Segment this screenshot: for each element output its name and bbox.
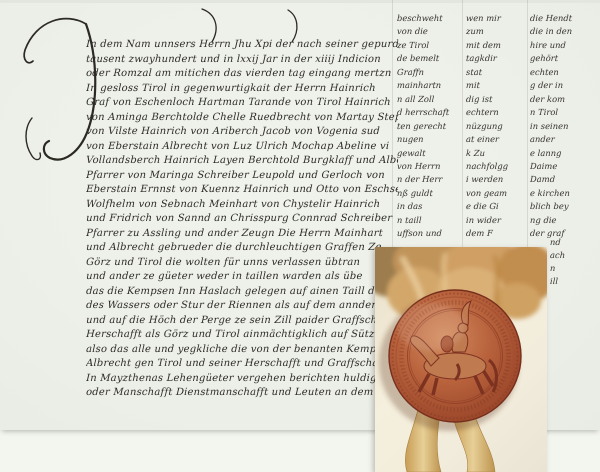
fragment-line: n: [550, 262, 596, 275]
fragment-line: ill: [550, 275, 596, 288]
column-line: von geam: [466, 187, 524, 200]
manuscript-line: von Aminga Berchtolde Chelle Ruedbrecht …: [86, 111, 399, 126]
column-line: die in den: [530, 25, 594, 38]
manuscript-line: und ander ze güeter weder in taillen war…: [86, 270, 399, 285]
manuscript-line: Görz und Tirol die wolten für unns verla…: [86, 256, 399, 271]
column-line: dem F: [466, 227, 524, 240]
manuscript-line: In Mayzthenas Lehengüeter vergehen beric…: [86, 372, 399, 387]
main-text-block: In dem Nam unnsers Herrn Jhu Xpi der nac…: [86, 38, 398, 401]
column-line: n all Zoll: [397, 93, 461, 106]
column-line: von Herrn: [397, 160, 461, 173]
column-line: gehört: [530, 52, 594, 65]
text-column-a: beschwehtvon dieze Tirolde bemeltGraffnm…: [397, 12, 461, 241]
column-line: k Zu: [466, 147, 524, 160]
column-line: e kirchen: [530, 187, 594, 200]
column-line: i werden: [466, 173, 524, 186]
column-line: ze Tirol: [397, 39, 461, 52]
column-line: ten gerecht: [397, 120, 461, 133]
manuscript-line: Herschafft als Görz und Tirol ainmächtig…: [86, 328, 399, 343]
manuscript-line: von Eberstain Albrecht von Luz Ulrich Mo…: [86, 140, 399, 155]
fragment-line: ach: [550, 249, 596, 262]
column-line: e lanng: [530, 147, 594, 160]
manuscript-line: des Wassers oder Stur der Riennen als au…: [86, 299, 399, 314]
manuscript-line: Eberstain Ernnst von Kuennz Hainrich und…: [86, 183, 399, 198]
column-line: beschweht: [397, 12, 461, 25]
manuscript-line: also das alle und yegkliche die von der …: [86, 343, 399, 358]
manuscript-line: Pfarrer von Maringa Schreiber Leupold un…: [86, 169, 399, 184]
manuscript-line: und Fridrich von Sannd an Chrisspurg Con…: [86, 212, 399, 227]
column-line: Daime: [530, 160, 594, 173]
manuscript-line: und auf die Höch der Perge ze sein Zill …: [86, 314, 399, 329]
column-line: zum: [466, 25, 524, 38]
column-line: e die Gi: [466, 200, 524, 213]
manuscript-line: tausent zwayhundert und in lxxij Jar in …: [86, 53, 399, 68]
column-line: in das: [397, 200, 461, 213]
column-line: ng die: [530, 214, 594, 227]
column-line: in seinen: [530, 120, 594, 133]
manuscript-line: von Vilste Hainrich von Ariberch Jacob v…: [86, 125, 399, 140]
column-line: echtern: [466, 106, 524, 119]
column-line: in wider: [466, 214, 524, 227]
column-line: tagkdir: [466, 52, 524, 65]
column-line: uffson und: [397, 227, 461, 240]
manuscript-line: Pfarrer zu Assling und ander Zeugn Die H…: [86, 227, 399, 242]
column-line: de bemelt: [397, 52, 461, 65]
column-line: ander: [530, 133, 594, 146]
column-line: d herrschaft: [397, 106, 461, 119]
seal-photo-inset: [375, 247, 547, 472]
column-line: dig ist: [466, 93, 524, 106]
manuscript-line: oder Romzal am mitichen das vierden tag …: [86, 67, 399, 82]
manuscript-line: Vollandsberch Hainrich Layen Berchtold B…: [86, 154, 399, 169]
text-column-c: die Hendtdie in denhire undgehörtechteng…: [530, 12, 594, 241]
column-line: n der Herr: [397, 173, 461, 186]
column-line: at einer: [466, 133, 524, 146]
column-line: mainhartn: [397, 79, 461, 92]
column-line: mit dem: [466, 39, 524, 52]
manuscript-line: In gesloss Tirol in gegenwurtigkait der …: [86, 82, 399, 97]
column-line: nß guldt: [397, 187, 461, 200]
edge-text-fragments: ndachnill: [550, 236, 596, 288]
column-line: die Hendt: [530, 12, 594, 25]
manuscript-line: Graf von Eschenloch Hartman Tarande von …: [86, 96, 399, 111]
column-line: wen mir: [466, 12, 524, 25]
column-line: n Tirol: [530, 106, 594, 119]
manuscript-line: In dem Nam unnsers Herrn Jhu Xpi der nac…: [86, 38, 399, 53]
column-line: n taill: [397, 214, 461, 227]
column-line: g der in: [530, 79, 594, 92]
column-line: mit: [466, 79, 524, 92]
column-line: blich bey: [530, 200, 594, 213]
manuscript-line: Albrecht gen Tirol und seiner Herschafft…: [86, 357, 399, 372]
column-line: der kom: [530, 93, 594, 106]
column-line: stat: [466, 66, 524, 79]
fragment-line: nd: [550, 236, 596, 249]
column-line: echten: [530, 66, 594, 79]
column-line: von die: [397, 25, 461, 38]
column-line: nachfolgg: [466, 160, 524, 173]
manuscript-line: oder Manschafft Dienstmanschafft und Leu…: [86, 386, 399, 401]
manuscript-line: und Albrecht gebrueder die durchleuchtig…: [86, 241, 399, 256]
column-line: gewalt: [397, 147, 461, 160]
page-background: In dem Nam unnsers Herrn Jhu Xpi der nac…: [0, 0, 600, 472]
column-line: nugen: [397, 133, 461, 146]
column-line: Graffn: [397, 66, 461, 79]
fold-crease: [527, 0, 528, 247]
manuscript-line: Wolfhelm von Sebnach Meinhart von Chyste…: [86, 198, 399, 213]
fold-crease: [462, 0, 463, 247]
manuscript-line: das die Kempsen Inn Haslach gelegen auf …: [86, 285, 399, 300]
column-line: Damd: [530, 173, 594, 186]
text-column-b: wen mirzummit demtagkdirstatmitdig istec…: [466, 12, 524, 241]
column-line: nüzgung: [466, 120, 524, 133]
column-line: hire und: [530, 39, 594, 52]
wax-seal-image: [389, 290, 521, 422]
